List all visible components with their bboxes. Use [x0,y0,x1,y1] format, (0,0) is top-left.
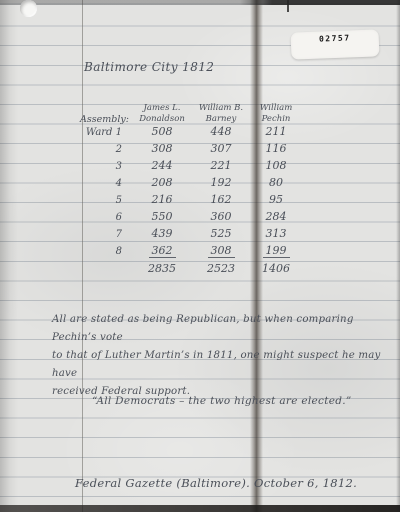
vote-count: 360 [194,210,248,223]
vote-count: 308 [130,142,194,155]
vote-count: 208 [130,176,194,189]
table-row: 420819280 [80,176,310,193]
vote-table: Assembly: James L. Donaldson William B. … [80,95,310,279]
source-citation: Federal Gazette (Baltimore). October 6, … [75,476,357,490]
vote-count: 192 [194,176,248,189]
note-paragraph: All are stated as being Republican, but … [52,311,392,401]
top-edge-mark [287,0,289,12]
note-line: to that of Luther Martin’s in 1811, one … [52,347,392,383]
vote-table-header: Assembly: James L. Donaldson William B. … [80,95,310,125]
table-row: 2308307116 [80,142,310,159]
table-row: 283525231406 [80,262,310,279]
vote-count: 307 [194,142,248,155]
vote-count: 211 [248,125,304,138]
vote-count: 2523 [194,262,248,275]
table-row: 7439525313 [80,227,310,244]
vote-count: 108 [248,159,304,172]
vote-count: 216 [130,193,194,206]
table-row: 8362308199 [80,244,310,261]
table-row: 6550360284 [80,210,310,227]
vote-count: 308 [194,244,248,258]
candidate-header-donaldson: James L. Donaldson [130,103,194,125]
ward-label: 6 [80,212,130,223]
assembly-label: Assembly: [80,114,130,125]
vote-count: 199 [248,244,304,258]
ward-label: 5 [80,195,130,206]
top-page-edge [0,0,400,5]
vote-table-body: Ward 15084482112308307116324422110842081… [80,125,310,279]
candidate-header-barney: William B. Barney [194,103,248,125]
inventory-number: 02757 [319,33,351,43]
note-line: All are stated as being Republican, but … [52,311,392,347]
vote-count: 284 [248,210,304,223]
bottom-page-edge [0,505,400,512]
ward-label: 7 [80,229,130,240]
vote-count: 362 [130,244,194,258]
vote-count: 244 [130,159,194,172]
inventory-label-sticker: 02757 [291,29,380,59]
vote-count: 80 [248,176,304,189]
vote-count: 439 [130,227,194,240]
vote-count: 448 [194,125,248,138]
vote-count: 525 [194,227,248,240]
vote-count: 2835 [130,262,194,275]
vote-count: 162 [194,193,248,206]
hole-punch [20,0,37,17]
vote-count: 95 [248,193,304,206]
vote-count: 313 [248,227,304,240]
vote-count: 550 [130,210,194,223]
ward-label: Ward 1 [80,127,130,138]
vote-count: 1406 [248,262,304,275]
ward-label: 8 [80,246,130,257]
table-row: Ward 1508448211 [80,125,310,142]
quote-line: “All Democrats – the two highest are ele… [92,395,352,407]
vote-count: 116 [248,142,304,155]
left-page-edge [0,0,18,512]
page-title: Baltimore City 1812 [84,60,214,74]
scanned-notebook-page: 02757 Baltimore City 1812 Assembly: Jame… [0,0,400,512]
ward-label: 2 [80,144,130,155]
table-row: 3244221108 [80,159,310,176]
table-row: 521616295 [80,193,310,210]
right-page-edge [396,0,400,512]
ward-label: 3 [80,161,130,172]
vote-count: 508 [130,125,194,138]
vote-count: 221 [194,159,248,172]
ward-label: 4 [80,178,130,189]
candidate-header-pechin: William Pechin [248,103,304,125]
